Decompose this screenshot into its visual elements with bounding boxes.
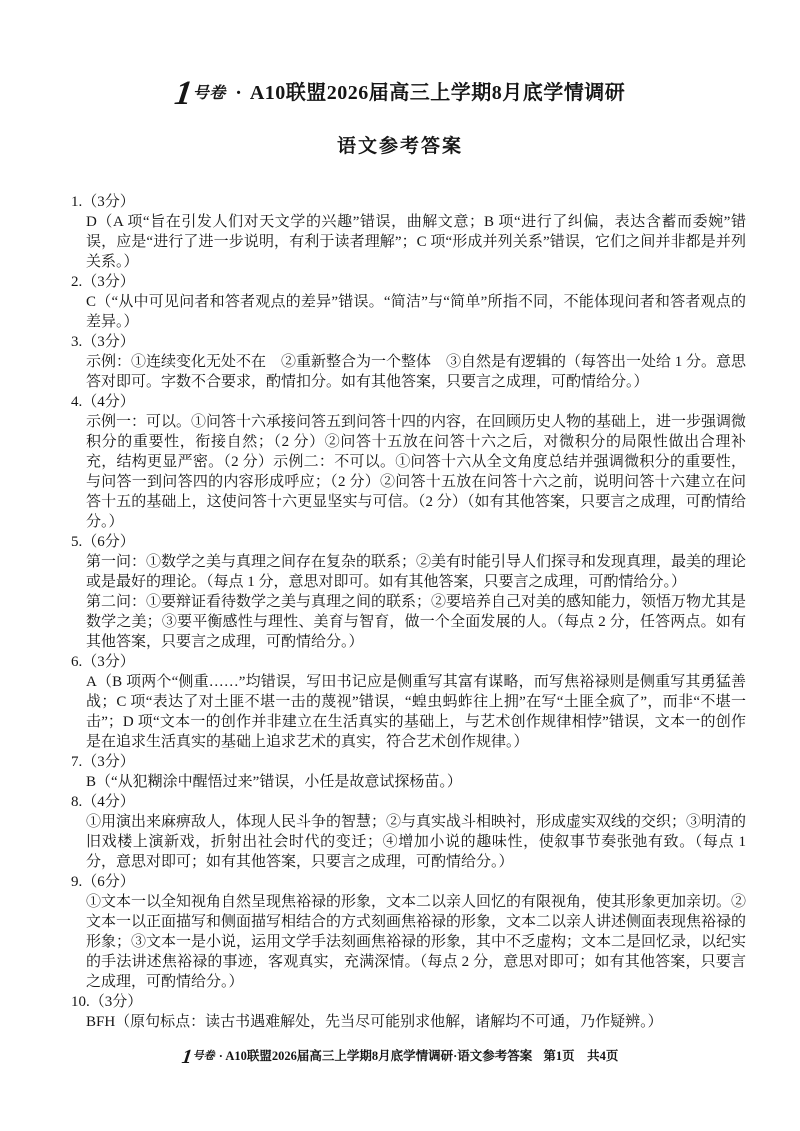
answer-item: 5.（6分） 第一问：①数学之美与真理之间存在复杂的联系；②美有时能引导人们探寻… — [71, 532, 746, 652]
answer-content: BFH（原句标点：读古书遇难解处，先当尽可能别求他解，诸解均不可通，乃作疑辨。） — [86, 1012, 746, 1032]
answer-paragraph: BFH（原句标点：读古书遇难解处，先当尽可能别求他解，诸解均不可通，乃作疑辨。） — [86, 1012, 746, 1032]
logo-script-text: 号卷 — [193, 80, 226, 103]
answer-number: 2.（3分） — [71, 272, 746, 292]
answer-paragraph: 示例一：可以。①问答十六承接问答五到问答十四的内容，在回顾历史人物的基础上，进一… — [86, 412, 746, 532]
answer-item: 10.（3分） BFH（原句标点：读古书遇难解处，先当尽可能别求他解，诸解均不可… — [71, 992, 746, 1032]
title-separator-dot: · — [235, 82, 242, 104]
answer-content: C（“从中可见问者和答者观点的差异”错误。“简洁”与“简单”所指不同，不能体现问… — [86, 292, 746, 332]
answer-content: 第一问：①数学之美与真理之间存在复杂的联系；②美有时能引导人们探寻和发现真理，最… — [86, 552, 746, 652]
answer-item: 8.（4分） ①用演出来麻痹敌人，体现人民斗争的智慧；②与真实战斗相映衬，形成虚… — [71, 792, 746, 872]
answers-list: 1.（3分） D（A 项“旨在引发人们对天文学的兴趣”错误，曲解文意；B 项“进… — [71, 192, 746, 1032]
answer-content: ①用演出来麻痹敌人，体现人民斗争的智慧；②与真实战斗相映衬，形成虚实双线的交织；… — [86, 812, 746, 872]
answer-item: 1.（3分） D（A 项“旨在引发人们对天文学的兴趣”错误，曲解文意；B 项“进… — [71, 192, 746, 272]
answer-paragraph: C（“从中可见问者和答者观点的差异”错误。“简洁”与“简单”所指不同，不能体现问… — [86, 292, 746, 332]
answer-content: 示例一：可以。①问答十六承接问答五到问答十四的内容，在回顾历史人物的基础上，进一… — [86, 412, 746, 532]
answer-number: 6.（3分） — [71, 652, 746, 672]
answer-content: D（A 项“旨在引发人们对天文学的兴趣”错误，曲解文意；B 项“进行了纠偏，表达… — [86, 212, 746, 272]
answer-item: 7.（3分） B（“从犯糊涂中醒悟过来”错误，小任是故意试探杨苗。） — [71, 752, 746, 792]
footer-logo-script-text: 号卷 — [193, 1047, 215, 1063]
answer-content: 示例：①连续变化无处不在 ②重新整合为一个整体 ③自然是有逻辑的（每答出一处给 … — [86, 352, 746, 392]
footer-separator-dot: · — [219, 1049, 223, 1063]
answer-number: 1.（3分） — [71, 192, 746, 212]
answer-paragraph: ①文本一以全知视角自然呈现焦裕禄的形象，文本二以亲人回忆的有限视角，使其形象更加… — [86, 892, 746, 992]
yihaojuan-logo: 1号卷 — [175, 80, 227, 107]
answer-item: 9.（6分） ①文本一以全知视角自然呈现焦裕禄的形象，文本二以亲人回忆的有限视角… — [71, 872, 746, 992]
answer-number: 7.（3分） — [71, 752, 746, 772]
title-text: A10联盟2026届高三上学期8月底学情调研 — [250, 82, 625, 104]
answer-paragraph: 第二问：①要辩证看待数学之美与真理之间的联系；②要培养自己对美的感知能力，领悟万… — [86, 592, 746, 652]
answer-paragraph: A（B 项两个“侧重……”均错误，写田书记应是侧重写其富有谋略，而写焦裕禄则是侧… — [86, 672, 746, 752]
answer-number: 8.（4分） — [71, 792, 746, 812]
answer-number: 3.（3分） — [71, 332, 746, 352]
answer-paragraph: 第一问：①数学之美与真理之间存在复杂的联系；②美有时能引导人们探寻和发现真理，最… — [86, 552, 746, 592]
subtitle: 语文参考答案 — [0, 131, 800, 158]
answer-paragraph: 示例：①连续变化无处不在 ②重新整合为一个整体 ③自然是有逻辑的（每答出一处给 … — [86, 352, 746, 392]
answer-paragraph: D（A 项“旨在引发人们对天文学的兴趣”错误，曲解文意；B 项“进行了纠偏，表达… — [86, 212, 746, 272]
footer-text: A10联盟2026届高三上学期8月底学情调研·语文参考答案 — [225, 1049, 532, 1063]
answer-item: 4.（4分） 示例一：可以。①问答十六承接问答五到问答十四的内容，在回顾历史人物… — [71, 392, 746, 532]
answer-content: ①文本一以全知视角自然呈现焦裕禄的形象，文本二以亲人回忆的有限视角，使其形象更加… — [86, 892, 746, 992]
page-title: 1号卷 · A10联盟2026届高三上学期8月底学情调研 — [0, 76, 800, 107]
footer-page-info: 第1页 共4页 — [543, 1049, 618, 1063]
answer-paragraph: ①用演出来麻痹敌人，体现人民斗争的智慧；②与真实战斗相映衬，形成虚实双线的交织；… — [86, 812, 746, 872]
yihaojuan-logo-footer: 1号卷 — [182, 1047, 216, 1065]
document-header: 1号卷 · A10联盟2026届高三上学期8月底学情调研 语文参考答案 — [0, 0, 800, 158]
answer-item: 2.（3分） C（“从中可见问者和答者观点的差异”错误。“简洁”与“简单”所指不… — [71, 272, 746, 332]
answer-item: 6.（3分） A（B 项两个“侧重……”均错误，写田书记应是侧重写其富有谋略，而… — [71, 652, 746, 752]
answer-number: 10.（3分） — [71, 992, 746, 1012]
answer-paragraph: B（“从犯糊涂中醒悟过来”错误，小任是故意试探杨苗。） — [86, 772, 746, 792]
answer-content: B（“从犯糊涂中醒悟过来”错误，小任是故意试探杨苗。） — [86, 772, 746, 792]
answer-number: 9.（6分） — [71, 872, 746, 892]
page-footer: 1号卷 · A10联盟2026届高三上学期8月底学情调研·语文参考答案 第1页 … — [0, 1046, 800, 1065]
logo-numeral: 1 — [173, 80, 193, 107]
answer-item: 3.（3分） 示例：①连续变化无处不在 ②重新整合为一个整体 ③自然是有逻辑的（… — [71, 332, 746, 392]
document-page: 1号卷 · A10联盟2026届高三上学期8月底学情调研 语文参考答案 1.（3… — [0, 0, 800, 1131]
answer-number: 4.（4分） — [71, 392, 746, 412]
footer-logo-numeral: 1 — [180, 1049, 191, 1065]
answer-number: 5.（6分） — [71, 532, 746, 552]
answer-content: A（B 项两个“侧重……”均错误，写田书记应是侧重写其富有谋略，而写焦裕禄则是侧… — [86, 672, 746, 752]
